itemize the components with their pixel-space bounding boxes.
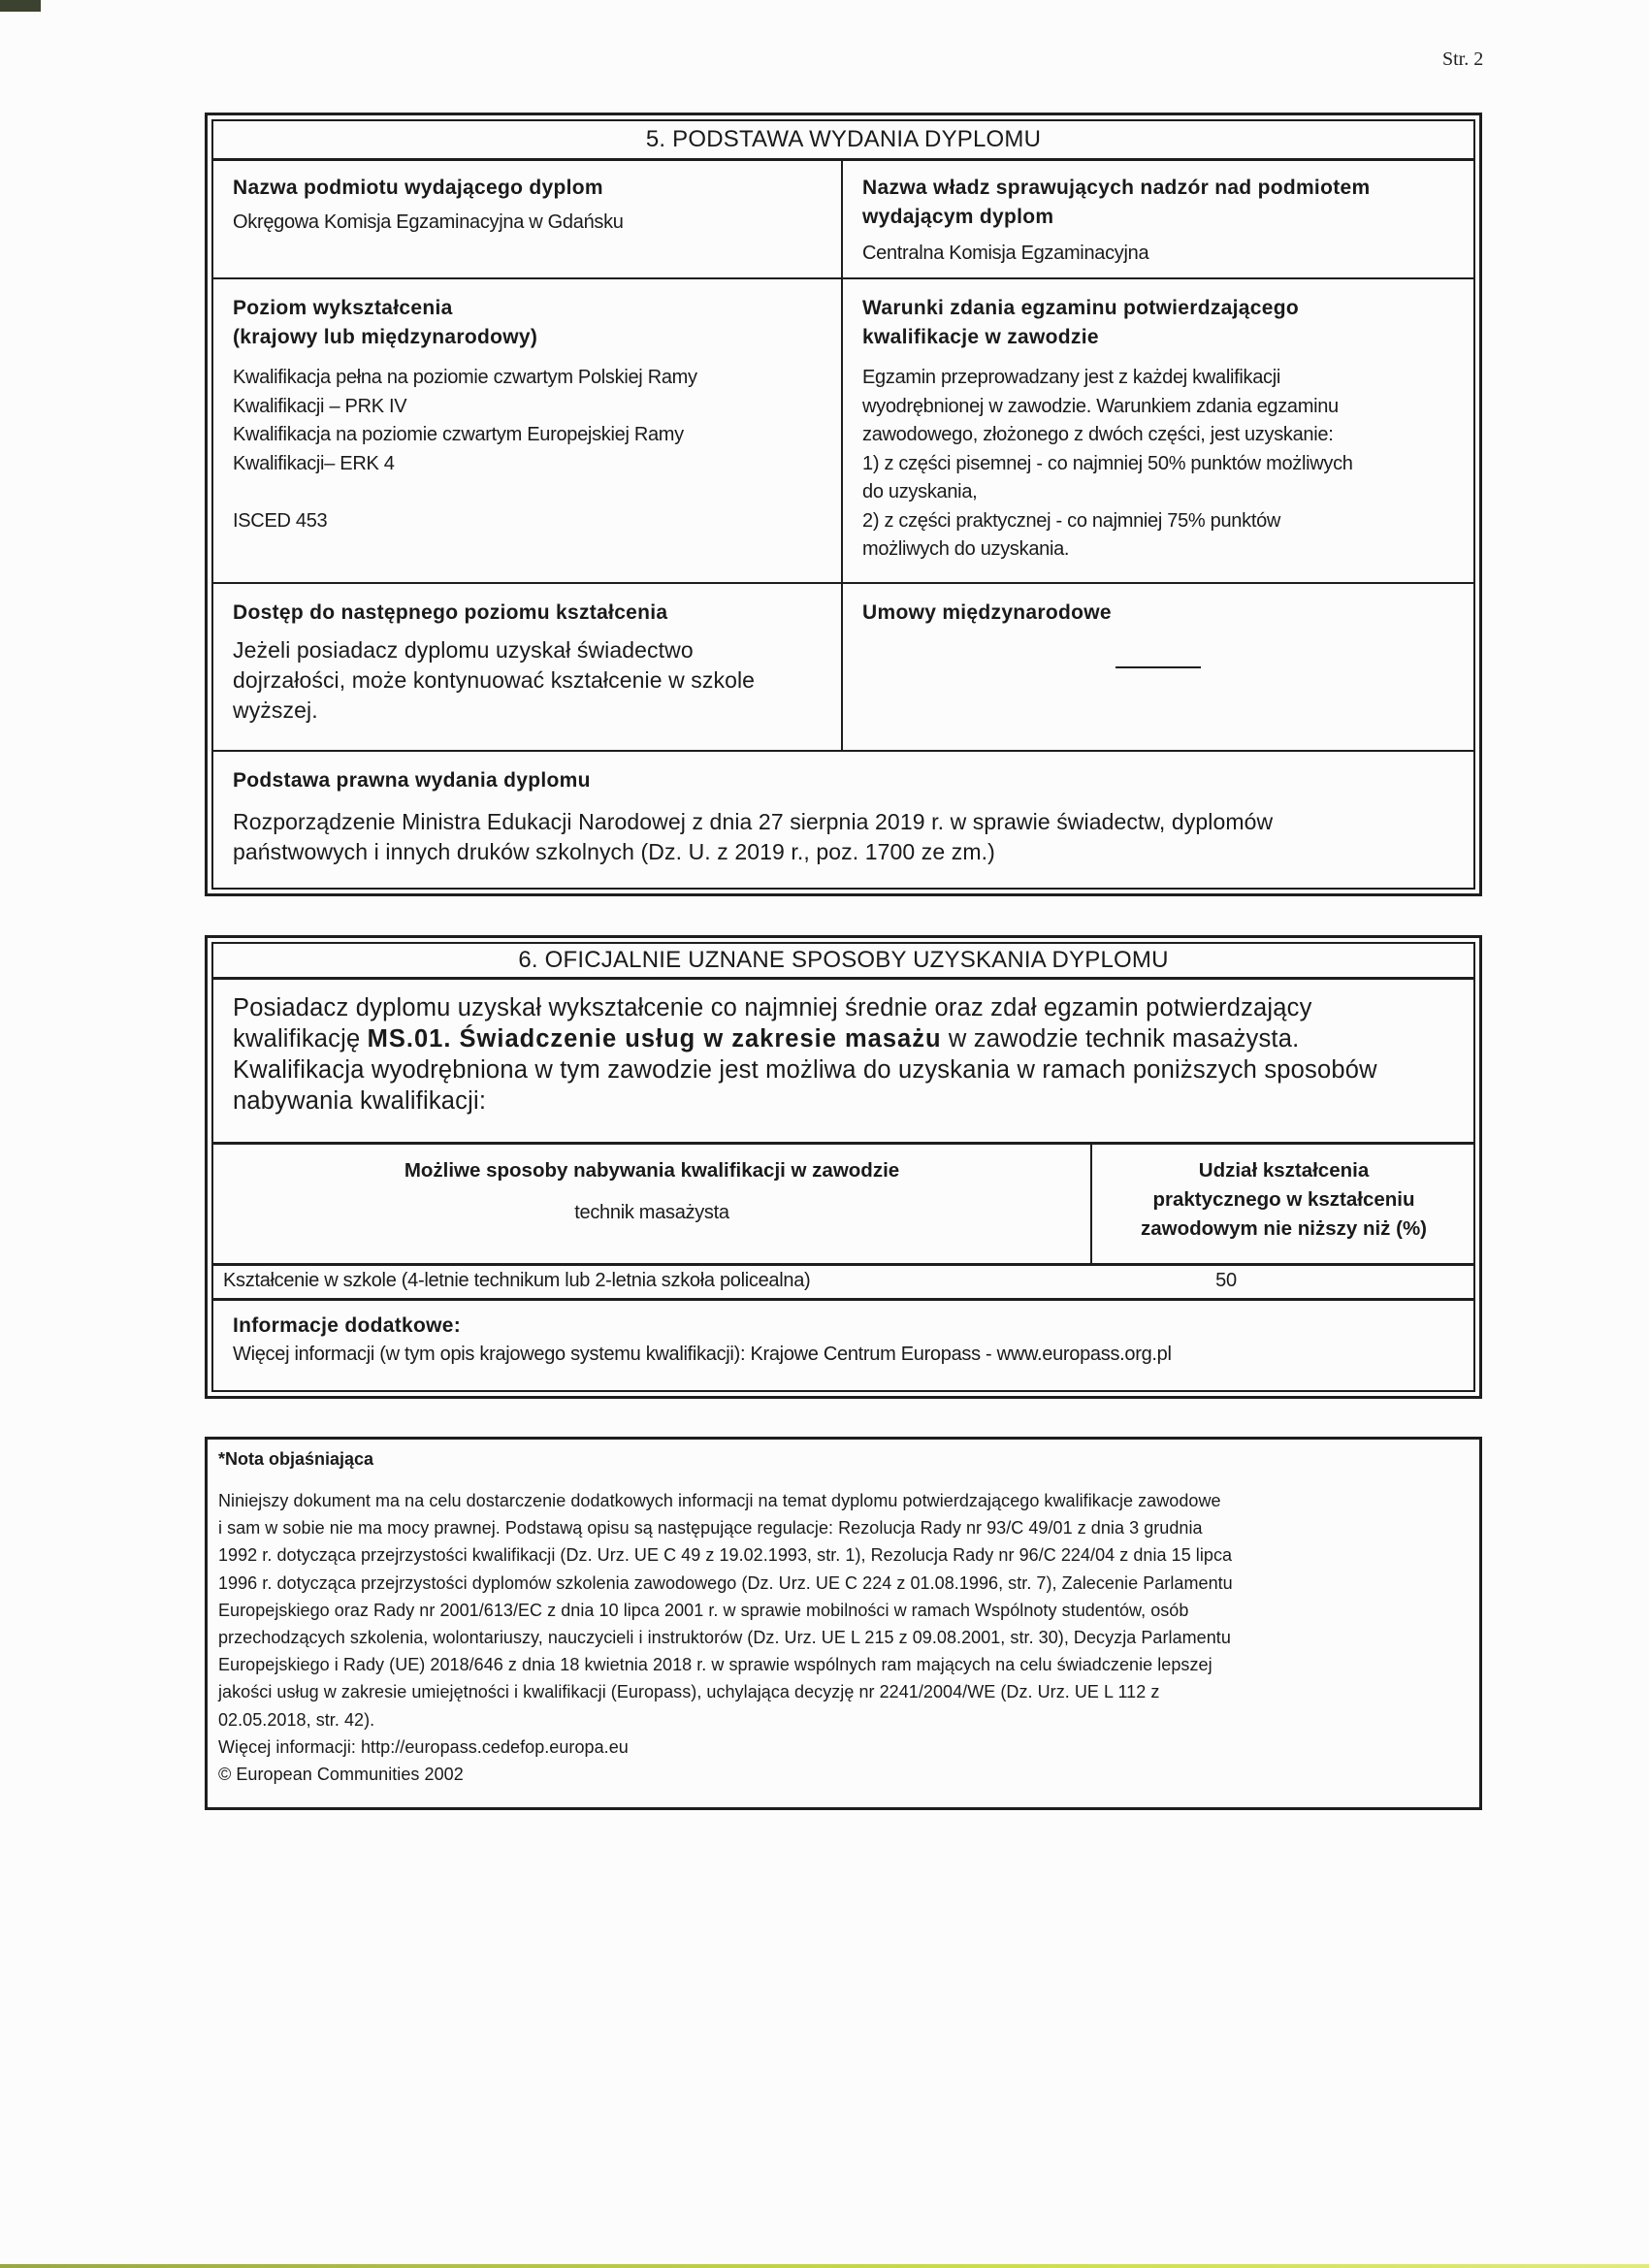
supervising-authority-label: wydającym dyplom — [862, 203, 1464, 232]
exam-conditions-value: wyodrębnionej w zawodzie. Warunkiem zdan… — [862, 393, 1469, 422]
next-level-access-label: Dostęp do następnego poziomu kształcenia — [233, 599, 824, 628]
divider — [211, 582, 1475, 584]
qualification-name: MS.01. Świadczenie usług w zakresie masa… — [368, 1025, 942, 1053]
legal-basis-value: Rozporządzenie Ministra Edukacji Narodow… — [233, 807, 1465, 837]
next-level-access-value: Jeżeli posiadacz dyplomu uzyskał świadec… — [233, 635, 824, 665]
page-number: Str. 2 — [1442, 49, 1483, 71]
note-line: 1992 r. dotycząca przejrzystości kwalifi… — [218, 1541, 1470, 1569]
note-line: Europejskiego i Rady (UE) 2018/646 z dni… — [218, 1651, 1470, 1678]
exam-conditions-value: 2) z części praktycznej - co najmniej 75… — [862, 507, 1469, 536]
divider — [211, 750, 1475, 752]
exam-conditions-value: możliwych do uzyskania. — [862, 535, 1469, 565]
divider — [211, 277, 1475, 279]
intro-line: Posiadacz dyplomu uzyskał wykształcenie … — [233, 992, 1470, 1023]
percent-header: praktycznego w kształceniu — [1092, 1185, 1475, 1215]
divider — [211, 158, 1475, 161]
exam-conditions-value: Egzamin przeprowadzany jest z każdej kwa… — [862, 364, 1469, 393]
education-level-label: Poziom wykształcenia — [233, 294, 824, 323]
education-level-value: Kwalifikacja pełna na poziomie czwartym … — [233, 364, 824, 393]
education-level-value: Kwalifikacji – PRK IV — [233, 393, 824, 422]
note-line: Europejskiego oraz Rady nr 2001/613/EC z… — [218, 1597, 1470, 1624]
section-6-title: 6. OFICJALNIE UZNANE SPOSOBY UZYSKANIA D… — [211, 947, 1475, 974]
note-line: i sam w sobie nie ma mocy prawnej. Podst… — [218, 1514, 1470, 1541]
profession-name: technik masażysta — [213, 1199, 1090, 1228]
isced-code: ISCED 453 — [233, 507, 824, 536]
issuing-body-cell: Nazwa podmiotu wydającego dyplom Okręgow… — [233, 174, 824, 238]
exam-conditions-label: Warunki zdania egzaminu potwierdzającego — [862, 294, 1469, 323]
intro-line: nabywania kwalifikacji: — [233, 1085, 1470, 1117]
divider — [211, 977, 1475, 980]
percent-header: Udział kształcenia — [1092, 1156, 1475, 1185]
intro-text: kwalifikację — [233, 1025, 368, 1053]
exam-conditions-value: 1) z części pisemnej - co najmniej 50% p… — [862, 450, 1469, 479]
exam-conditions-label: kwalifikacje w zawodzie — [862, 323, 1469, 352]
additional-info-cell: Informacje dodatkowe: Więcej informacji … — [233, 1312, 1465, 1370]
legal-basis-label: Podstawa prawna wydania dyplomu — [233, 766, 1465, 795]
international-agreements-empty-dash — [1115, 666, 1201, 668]
exam-conditions-cell: Warunki zdania egzaminu potwierdzającego… — [862, 294, 1469, 565]
issuing-body-value: Okręgowa Komisja Egzaminacyjna w Gdańsku — [233, 209, 824, 238]
section-5-title: 5. PODSTAWA WYDANIA DYPLOMU — [211, 126, 1475, 153]
education-level-cell: Poziom wykształcenia (krajowy lub między… — [233, 294, 824, 536]
table-row-method: Kształcenie w szkole (4-letnie technikum… — [223, 1267, 1086, 1296]
intro-line: kwalifikację MS.01. Świadczenie usług w … — [233, 1023, 1470, 1054]
note-content: *Nota objaśniająca Niniejszy dokument ma… — [218, 1449, 1470, 1788]
exam-conditions-value: zawodowego, złożonego z dwóch części, je… — [862, 421, 1469, 450]
next-level-access-cell: Dostęp do następnego poziomu kształcenia… — [233, 599, 824, 726]
legal-basis-value: państwowych i innych druków szkolnych (D… — [233, 837, 1465, 867]
note-line: Więcej informacji: http://europass.cedef… — [218, 1733, 1470, 1761]
note-line: przechodzących szkolenia, wolontariuszy,… — [218, 1624, 1470, 1651]
table-header-percent: Udział kształcenia praktycznego w kształ… — [1092, 1156, 1475, 1244]
note-line: © European Communities 2002 — [218, 1761, 1470, 1788]
note-line: Niniejszy dokument ma na celu dostarczen… — [218, 1487, 1470, 1514]
section-6-intro: Posiadacz dyplomu uzyskał wykształcenie … — [233, 992, 1470, 1117]
next-level-access-value: dojrzałości, może kontynuować kształceni… — [233, 665, 824, 696]
scan-edge-artifact — [0, 0, 41, 12]
intro-text: w zawodzie technik masażysta. — [942, 1025, 1300, 1053]
column-divider — [841, 159, 843, 751]
divider — [211, 1263, 1475, 1266]
education-level-value: Kwalifikacja na poziomie czwartym Europe… — [233, 421, 824, 450]
education-level-value: Kwalifikacji– ERK 4 — [233, 450, 824, 479]
international-agreements-cell: Umowy międzynarodowe — [862, 599, 1464, 628]
percent-header: zawodowym nie niższy niż (%) — [1092, 1215, 1475, 1244]
next-level-access-value: wyższej. — [233, 696, 824, 726]
table-row-percent: 50 — [1092, 1267, 1360, 1296]
note-line: 02.05.2018, str. 42). — [218, 1706, 1470, 1733]
supervising-authority-cell: Nazwa władz sprawujących nadzór nad podm… — [862, 174, 1464, 269]
issuing-body-label: Nazwa podmiotu wydającego dyplom — [233, 174, 824, 203]
note-line: 1996 r. dotycząca przejrzystości dyplomó… — [218, 1570, 1470, 1597]
table-header-methods: Możliwe sposoby nabywania kwalifikacji w… — [213, 1156, 1090, 1228]
divider — [211, 1142, 1475, 1145]
international-agreements-label: Umowy międzynarodowe — [862, 599, 1464, 628]
scan-edge-artifact-bottom — [0, 2264, 1649, 2268]
legal-basis-cell: Podstawa prawna wydania dyplomu Rozporzą… — [233, 766, 1465, 867]
methods-header: Możliwe sposoby nabywania kwalifikacji w… — [213, 1156, 1090, 1185]
education-level-label: (krajowy lub międzynarodowy) — [233, 323, 824, 352]
divider — [211, 1298, 1475, 1301]
note-title: *Nota objaśniająca — [218, 1449, 1470, 1470]
supervising-authority-value: Centralna Komisja Egzaminacyjna — [862, 240, 1464, 269]
additional-info-label: Informacje dodatkowe: — [233, 1312, 1465, 1341]
supervising-authority-label: Nazwa władz sprawujących nadzór nad podm… — [862, 174, 1464, 203]
additional-info-value: Więcej informacji (w tym opis krajowego … — [233, 1341, 1465, 1370]
note-line: jakości usług w zakresie umiejętności i … — [218, 1678, 1470, 1705]
exam-conditions-value: do uzyskania, — [862, 478, 1469, 507]
intro-line: Kwalifikacja wyodrębniona w tym zawodzie… — [233, 1054, 1470, 1085]
